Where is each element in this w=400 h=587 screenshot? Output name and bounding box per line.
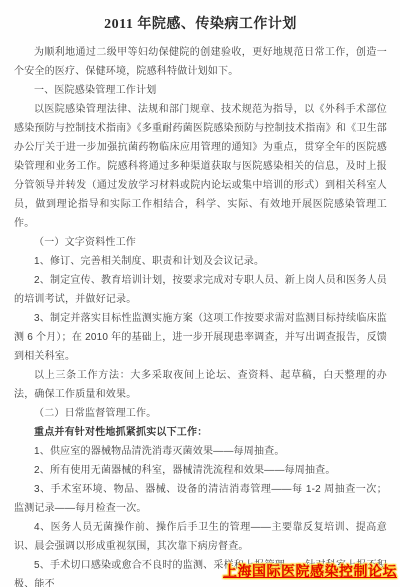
paragraph-key-tasks-lead: 重点并有针对性地抓紧抓实以下工作： xyxy=(14,423,387,442)
document-page: 2011 年院感、传染病工作计划 为顺利地通过二级甲等妇幼保健院的创建验收，更好… xyxy=(0,0,400,587)
task-item-4: 4、医务人员无菌操作前、操作后手卫生的管理——主要靠反复培训、提高意识、晨会强调… xyxy=(14,518,387,556)
paragraph-intro: 为顺利地通过二级甲等妇幼保健院的创建验收，更好地规范日常工作，创造一个安全的医疗… xyxy=(14,43,387,81)
list-item-1: 1、修订、完善相关制度、职责和计划及会议记录。 xyxy=(14,252,387,271)
subsection-heading-2: （二）日常监督管理工作。 xyxy=(14,404,387,423)
forum-watermark: 上海国际医院感染控制论坛 xyxy=(223,561,397,581)
paragraph-guidance: 以医院感染管理法律、法规和部门规章、技术规范为指导，以《外科手术部位感染预防与控… xyxy=(14,100,387,233)
list-item-2: 2、制定宣传、教育培训计划，按要求完成对专职人员、新上岗人员和医务人员的培训考试… xyxy=(14,271,387,309)
section-heading-1: 一、医院感染管理工作计划 xyxy=(14,81,387,100)
task-item-1: 1、供应室的器械物品清洗消毒灭菌效果——每周抽查。 xyxy=(14,442,387,461)
paragraph-method-summary: 以上三条工作方法：大多采取夜间上论坛、查资料、起草稿，白天整理的办法，确保工作质… xyxy=(14,366,387,404)
list-item-3: 3、制定并落实目标性监测实施方案（这项工作按要求需对监测目标持续临床监测 6 个… xyxy=(14,309,387,366)
task-item-3: 3、手术室环境、物品、器械、设备的清洁消毒管理——每 1-2 周抽查一次；监测记… xyxy=(14,480,387,518)
subsection-heading-1: （一）文字资料性工作 xyxy=(14,233,387,252)
document-title: 2011 年院感、传染病工作计划 xyxy=(14,13,387,33)
task-item-2: 2、所有使用无菌器械的科室，器械清洗流程和效果——每周抽查。 xyxy=(14,461,387,480)
